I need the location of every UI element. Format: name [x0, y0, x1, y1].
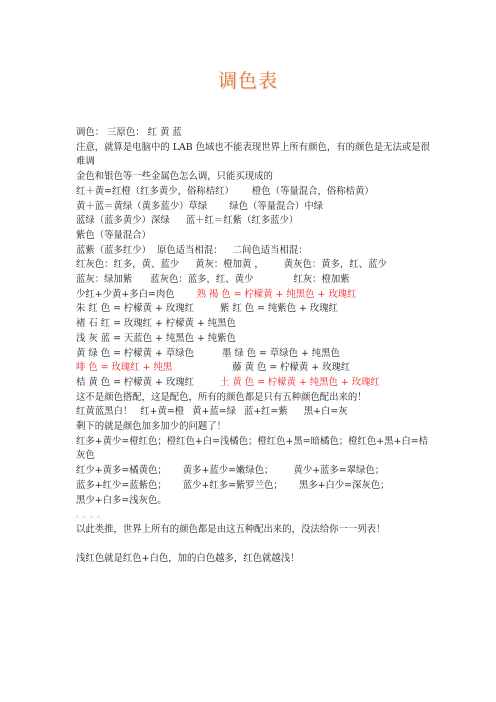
text-line: 调色： 三原色： 红 黄 蓝 — [76, 126, 436, 141]
text-segment: 土 黄 色 = 柠檬黄 + 纯黑色 + 玫瑰红 — [220, 377, 380, 388]
text-segment: 墨 绿 色 = 草绿色 + 纯黑色 — [222, 348, 340, 359]
text-line: 黄＋蓝＝黄绿（黄多蓝少）草绿绿色（等量混合）中绿 — [76, 200, 436, 215]
text-line: 红＋黄=红橙（红多黄少，俗称桔红）橙色（等量混合，俗称桔黄） — [76, 185, 436, 200]
document-title: 调色表 — [0, 66, 496, 93]
document-body: 调色： 三原色： 红 黄 蓝注意，就算是电脑中的 LAB 色域也不能表现世界上所… — [76, 126, 436, 567]
text-line: 红灰色：红多，黄、蓝少黄灰：橙加黄 ，黄灰色：黄多，红、蓝少 — [76, 258, 436, 273]
text-segment: 藤 黄 色 = 柠檬黄 + 玫瑰红 — [232, 362, 350, 373]
text-segment: 绿色（等量混合）中绿 — [229, 201, 323, 212]
text-segment: 黄多+蓝少=嫩绿色； — [183, 465, 274, 476]
text-line: 朱 红 色 = 柠檬黄 + 玫瑰红紫 红 色 = 纯紫色 + 玫瑰红 — [76, 302, 436, 317]
text-segment: 红黄蓝黑白！ — [76, 406, 132, 417]
text-line: 。。。。 — [76, 508, 436, 523]
text-segment: 黄少+蓝多=翠绿色； — [293, 465, 384, 476]
text-line: 少红+少黄+多白=肉色熟 褐 色 = 柠檬黄 + 纯黑色 + 玫瑰红 — [76, 288, 436, 303]
text-segment: 黑少+白多=浅灰色。 — [76, 495, 167, 506]
text-segment: 金色和银色等一些金属色怎么调，只能买现成的 — [76, 171, 273, 182]
text-segment: 蓝紫（蓝多红少） — [76, 245, 151, 256]
text-segment: 啡 色 = 玫瑰红 + 纯黑 — [76, 362, 172, 373]
text-line: 以此类推，世界上所有的颜色都是由这五种配出来的，没法给你一一列表！ — [76, 523, 436, 538]
text-line: 桔 黄 色 = 柠檬黄 + 玫瑰红土 黄 色 = 柠檬黄 + 纯黑色 + 玫瑰红 — [76, 376, 436, 391]
text-segment: 蓝＋红＝红紫（红多蓝少） — [186, 215, 299, 226]
text-line: 啡 色 = 玫瑰红 + 纯黑藤 黄 色 = 柠檬黄 + 玫瑰红 — [76, 361, 436, 376]
text-segment: 剩下的就是颜色加多加少的问题了！ — [76, 421, 226, 432]
text-segment: 红＋黄=红橙（红多黄少，俗称桔红） — [76, 186, 234, 197]
text-segment: 黑多+白少=深灰色； — [299, 480, 390, 491]
text-segment: 紫色（等量混合） — [76, 230, 151, 241]
text-line: 蓝紫（蓝多红少）原色适当相混：二间色适当相混： — [76, 244, 436, 259]
text-segment: 褚 石 红 = 玫瑰红 + 柠檬黄 + 纯黑色 — [76, 318, 236, 329]
text-segment: 这不是颜色搭配，这是配色，所有的颜色都是只有五种颜色配出来的！ — [76, 392, 367, 403]
text-segment: 以此类推，世界上所有的颜色都是由这五种配出来的，没法给你一一列表！ — [76, 524, 385, 535]
text-segment: 黄 绿 色 = 柠檬黄 + 草绿色 — [76, 348, 194, 359]
text-segment: 浅红色就是红色+白色，加的白色越多，红色就越浅！ — [76, 553, 299, 564]
text-segment: 二间色适当相混： — [233, 245, 308, 256]
text-line: 蓝灰：绿加紫蓝灰色：蓝多，红、黄少红灰：橙加紫 — [76, 273, 436, 288]
text-segment: 蓝灰：绿加紫 — [76, 274, 132, 285]
text-line: 红少+黄多=橘黄色；黄多+蓝少=嫩绿色；黄少+蓝多=翠绿色； — [76, 464, 436, 479]
text-segment: 熟 褐 色 = 柠檬黄 + 纯黑色 + 玫瑰红 — [197, 289, 357, 300]
text-segment: 注意，就算是电脑中的 LAB 色域也不能表现世界上所有颜色，有的颜色是无法或是很… — [76, 142, 430, 168]
text-line: 黑少+白多=浅灰色。 — [76, 494, 436, 509]
text-segment: 黑+白=灰 — [304, 406, 348, 417]
text-segment: 红多+黄少=橙红色；橙红色+白=浅橘色；橙红色+黑=暗橘色；橙红色+黑+白=桔灰… — [76, 436, 428, 462]
text-line: 蓝多+红少=蓝紫色；蓝少+红多=紫罗兰色；黑多+白少=深灰色； — [76, 479, 436, 494]
text-segment: 。。。。 — [76, 510, 108, 519]
text-segment: 调色： 三原色： 红 黄 蓝 — [76, 127, 182, 138]
text-line: 红黄蓝黑白！红+黄=橙黄+蓝=绿蓝+红=紫黑+白=灰 — [76, 405, 436, 420]
text-segment: 蓝灰色：蓝多，红、黄少 — [150, 274, 253, 285]
text-segment: 蓝绿（蓝多黄少）深绿 — [76, 215, 170, 226]
text-segment: 桔 黄 色 = 柠檬黄 + 玫瑰红 — [76, 377, 194, 388]
text-line: 这不是颜色搭配，这是配色，所有的颜色都是只有五种颜色配出来的！ — [76, 391, 436, 406]
text-segment: 原色适当相混： — [157, 245, 223, 256]
text-line: 紫色（等量混合） — [76, 229, 436, 244]
text-segment: 红灰色：红多，黄、蓝少 — [76, 259, 179, 270]
text-segment: 橙色（等量混合，俗称桔黄） — [252, 186, 374, 197]
text-segment: 红少+黄多=橘黄色； — [76, 465, 167, 476]
text-segment: 紫 红 色 = 纯紫色 + 玫瑰红 — [220, 303, 338, 314]
text-line: 剩下的就是颜色加多加少的问题了！ — [76, 420, 436, 435]
text-line: 黄 绿 色 = 柠檬黄 + 草绿色墨 绿 色 = 草绿色 + 纯黑色 — [76, 347, 436, 362]
text-line: 注意，就算是电脑中的 LAB 色域也不能表现世界上所有颜色，有的颜色是无法或是很… — [76, 141, 436, 170]
text-segment: 蓝+红=紫 — [244, 406, 288, 417]
text-line — [76, 538, 436, 553]
text-segment: 黄＋蓝＝黄绿（黄多蓝少）草绿 — [76, 201, 207, 212]
text-segment: 蓝多+红少=蓝紫色； — [76, 480, 167, 491]
text-segment: 浅 灰 蓝 = 天蓝色 + 纯黑色 + 纯紫色 — [76, 333, 236, 344]
text-segment: 蓝少+红多=紫罗兰色； — [183, 480, 283, 491]
text-line: 蓝绿（蓝多黄少）深绿蓝＋红＝红紫（红多蓝少） — [76, 214, 436, 229]
text-line: 褚 石 红 = 玫瑰红 + 柠檬黄 + 纯黑色 — [76, 317, 436, 332]
text-line: 金色和银色等一些金属色怎么调，只能买现成的 — [76, 170, 436, 185]
text-line: 浅红色就是红色+白色，加的白色越多，红色就越浅！ — [76, 552, 436, 567]
text-segment: 黄灰色：黄多，红、蓝少 — [284, 259, 387, 270]
text-segment: 朱 红 色 = 柠檬黄 + 玫瑰红 — [76, 303, 194, 314]
text-segment: 红+黄=橙 — [140, 406, 184, 417]
text-segment: 红灰：橙加紫 — [293, 274, 349, 285]
text-segment: 黄+蓝=绿 — [192, 406, 236, 417]
text-segment: 黄灰：橙加黄 ， — [195, 259, 264, 270]
text-segment: 少红+少黄+多白=肉色 — [76, 289, 175, 300]
text-line: 浅 灰 蓝 = 天蓝色 + 纯黑色 + 纯紫色 — [76, 332, 436, 347]
text-line: 红多+黄少=橙红色；橙红色+白=浅橘色；橙红色+黑=暗橘色；橙红色+黑+白=桔灰… — [76, 435, 436, 464]
